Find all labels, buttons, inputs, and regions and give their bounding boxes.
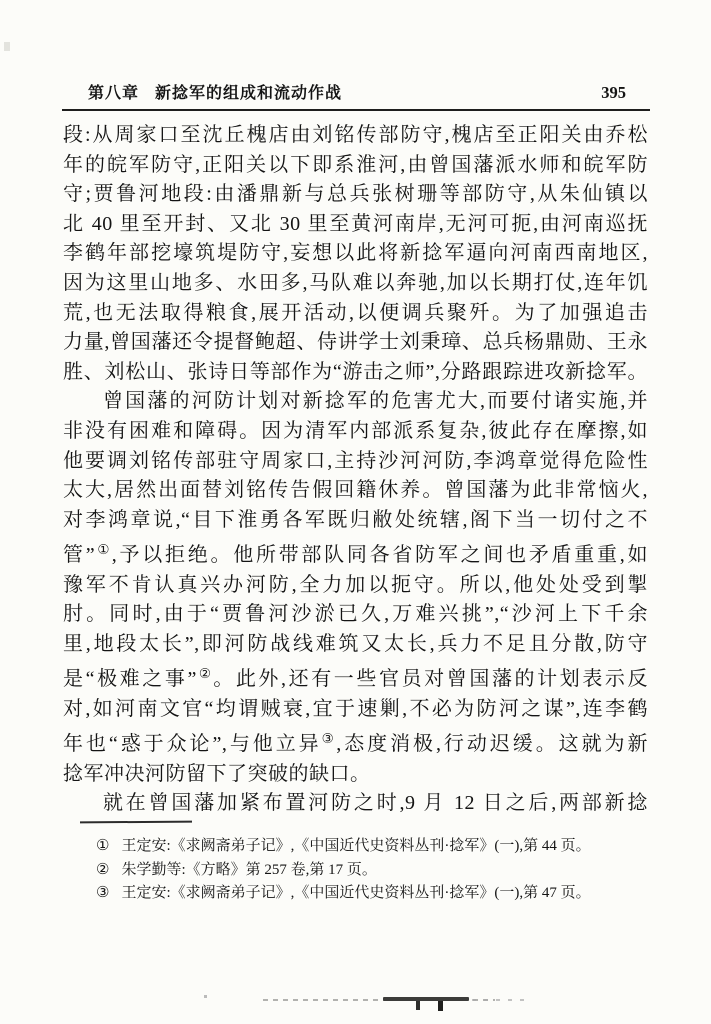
footnote-ref: ① — [95, 542, 112, 557]
body-line: 对李鸿章说,“目下淮勇各军既归敝处统辖,阁下当一切付之不 — [63, 506, 648, 536]
scan-tick-mark — [416, 1001, 420, 1010]
scan-smudge-tail — [472, 999, 532, 1001]
body-line: 他要调刘铭传部驻守周家口,主持沙河河防,李鸿章觉得危险性 — [63, 447, 648, 477]
running-head: 第八章新捻军的组成和流动作战 395 — [62, 80, 650, 103]
page-header: 第八章新捻军的组成和流动作战 395 — [62, 80, 650, 111]
chapter-number: 第八章 — [88, 85, 139, 102]
body-line: 捻军冲决河防留下了突破的缺口。 — [63, 760, 648, 790]
body-line: 非没有困难和障碍。因为清军内部派系复杂,彼此存在摩擦,如 — [63, 417, 648, 447]
chapter-heading: 第八章新捻军的组成和流动作战 — [88, 80, 342, 103]
body-line: 荒,也无法取得粮食,展开活动,以便调兵聚歼。为了加强追击 — [63, 299, 648, 329]
footnote-ref: ③ — [322, 731, 337, 746]
footnotes: ①王定安:《求阙斋弟子记》,《中国近代史资料丛刊·捻军》(一),第 44 页。②… — [63, 835, 648, 906]
body-line: 里,地段太长”,即河防战线难筑又太长,兵力不足且分散,防守 — [63, 630, 648, 660]
body-line: 曾国藩的河防计划对新捻军的危害尤大,而要付诸实施,并 — [63, 387, 648, 417]
body-line: 李鹤年部挖壕筑堤防守,妄想以此将新捻军逼向河南西南地区, — [63, 239, 648, 269]
body-line: 豫军不肯认真兴办河防,全力加以扼守。所以,他处处受到掣 — [63, 571, 648, 601]
footnote-separator — [80, 821, 192, 824]
body-line: 是“极难之事”②。此外,还有一些官员对曾国藩的计划表示反 — [63, 659, 648, 694]
footnote-marker: ③ — [96, 882, 109, 906]
book-page: 第八章新捻军的组成和流动作战 395 段:从周家口至沈丘槐店由刘铭传部防守,槐店… — [0, 0, 711, 1024]
footnote-row: ②朱学勤等:《方略》第 257 卷,第 17 页。 — [63, 859, 648, 883]
body-line: 段:从周家口至沈丘槐店由刘铭传部防守,槐店至正阳关由乔松 — [63, 121, 648, 151]
body-line: 管”①,予以拒绝。他所带部队同各省防军之间也矛盾重重,如 — [63, 535, 648, 570]
scan-speck-left-edge — [4, 42, 10, 51]
scan-smudge-dark — [383, 997, 469, 1001]
footnote-text: 王定安:《求阙斋弟子记》,《中国近代史资料丛刊·捻军》(一),第 44 页。 — [121, 835, 648, 859]
footnote-row: ③王定安:《求阙斋弟子记》,《中国近代史资料丛刊·捻军》(一),第 47 页。 — [63, 882, 648, 906]
body-line: 对,如河南文官“均谓贼衰,宜于速剿,不必为防河之谋”,连李鹤 — [63, 695, 648, 725]
page-number: 395 — [601, 83, 626, 103]
body-line: 年也“惑于众论”,与他立异③,态度消极,行动迟缓。这就为新 — [63, 724, 648, 759]
scan-speck-bottom — [204, 995, 207, 998]
footnote-text: 朱学勤等:《方略》第 257 卷,第 17 页。 — [121, 859, 648, 883]
body-line: 肘。同时,由于“贾鲁河沙淤已久,万难兴挑”,“沙河上下千余 — [63, 600, 648, 630]
footnote-row: ①王定安:《求阙斋弟子记》,《中国近代史资料丛刊·捻军》(一),第 44 页。 — [63, 835, 648, 859]
body-line: 太大,居然出面替刘铭传告假回籍休养。曾国藩为此非常恼火, — [63, 476, 648, 506]
body-line: 北 40 里至开封、又北 30 里至黄河南岸,无河可扼,由河南巡抚 — [63, 210, 648, 240]
header-rule — [62, 109, 650, 111]
footnote-marker: ① — [96, 835, 109, 859]
footnote-ref: ② — [197, 666, 213, 681]
scan-tick-mark — [438, 1001, 443, 1011]
body-line: 守;贾鲁河地段:由潘鼎新与总兵张树珊等部防守,从朱仙镇以 — [63, 180, 648, 210]
body-line: 年的皖军防守,正阳关以下即系淮河,由曾国藩派水师和皖军防 — [63, 151, 648, 181]
body-line: 胜、刘松山、张诗日等部作为“游击之师”,分路跟踪进攻新捻军。 — [63, 358, 648, 388]
body-line: 就在曾国藩加紧布置河防之时,9 月 12 日之后,两部新捻 — [63, 789, 648, 819]
body-line: 力量,曾国藩还令提督鲍超、侍讲学士刘秉璋、总兵杨鼎勋、王永 — [63, 328, 648, 358]
footnote-text: 王定安:《求阙斋弟子记》,《中国近代史资料丛刊·捻军》(一),第 47 页。 — [121, 882, 648, 906]
chapter-title: 新捻军的组成和流动作战 — [155, 85, 342, 102]
footnote-marker: ② — [96, 859, 109, 883]
body-text: 段:从周家口至沈丘槐店由刘铭传部防守,槐店至正阳关由乔松年的皖军防守,正阳关以下… — [63, 121, 648, 819]
body-line: 因为这里山地多、水田多,马队难以奔驰,加以长期打仗,连年饥 — [63, 269, 648, 299]
